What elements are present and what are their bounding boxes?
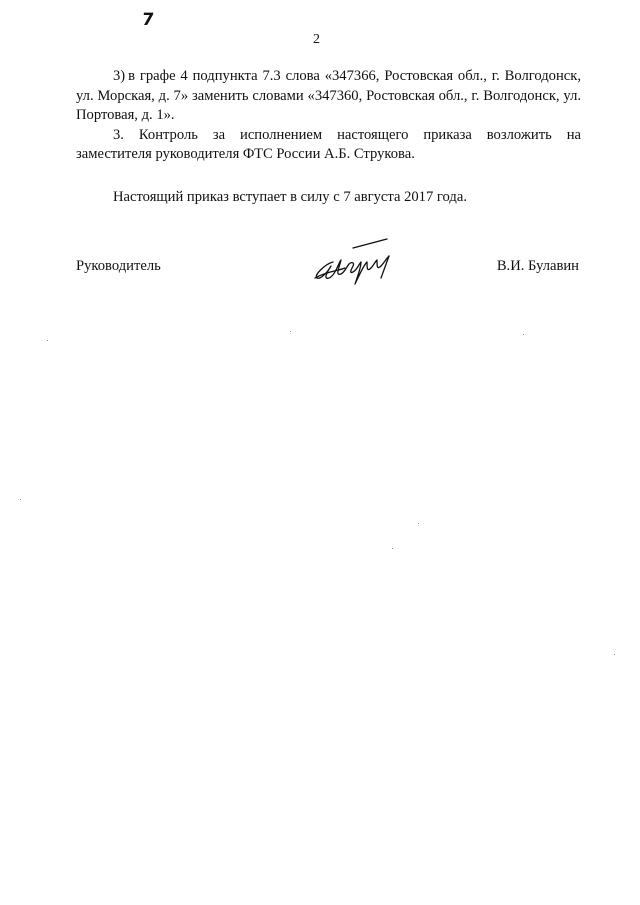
paragraph-control: 3. Контроль за исполнением настоящего пр…: [76, 126, 581, 165]
order-body: 3) в графе 4 подпункта 7.3 слова «347366…: [76, 67, 581, 165]
scan-speck: [392, 548, 393, 549]
scan-speck: [523, 334, 524, 335]
signature-icon: [305, 232, 405, 292]
signer-name: В.И. Булавин: [497, 257, 579, 276]
scan-speck: [290, 331, 291, 332]
paragraph-amendment-3: 3) в графе 4 подпункта 7.3 слова «347366…: [76, 67, 581, 126]
scan-speck: [47, 340, 48, 341]
scan-speck: [614, 654, 615, 655]
document-page: 7 2 3) в графе 4 подпункта 7.3 слова «34…: [0, 0, 640, 905]
scan-speck: [20, 499, 21, 500]
signer-title: Руководитель: [76, 257, 161, 276]
signature-block: Руководитель В.И. Булавин: [0, 252, 640, 292]
handwritten-mark: 7: [141, 12, 155, 29]
effective-date-statement: Настоящий приказ вступает в силу с 7 авг…: [113, 188, 467, 207]
scan-speck: [418, 523, 419, 524]
page-number: 2: [313, 33, 320, 47]
